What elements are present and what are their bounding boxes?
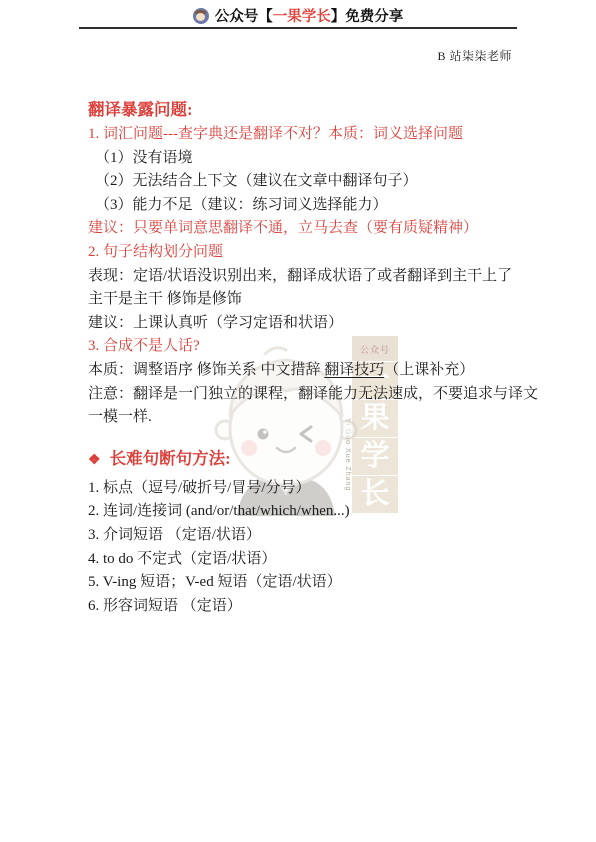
line-structure-symptom: 表现：定语/状语没识别出来，翻译成状语了或者翻译到主干上了	[88, 265, 528, 289]
section-translation-title: 翻译暴露问题:	[88, 97, 528, 123]
line-note-2: 一模一样.	[88, 406, 528, 430]
segmentation-item-2: 2. 连词/连接词 (and/or/that/which/when...)	[88, 500, 528, 524]
segmentation-title-text: 长难句断句方法:	[110, 449, 231, 468]
line-fluency-problem: 3. 合成不是人话?	[88, 335, 528, 359]
fluency-essence-suffix: （上课补充）	[384, 362, 474, 378]
header-divider	[79, 27, 517, 29]
document-body: 翻译暴露问题: 1. 词汇问题---查字典还是翻译不对？本质：词义选择问题 （1…	[88, 97, 528, 618]
header-suffix: 】免费分享	[331, 9, 404, 25]
author-label: B 站柒柒老师	[437, 47, 512, 64]
line-note-1: 注意：翻译是一门独立的课程，翻译能力无法速成，不要追求与译文	[88, 383, 528, 407]
line-subitem-2: （2）无法结合上下文（建议在文章中翻译句子）	[88, 170, 528, 194]
line-vocab-advice: 建议：只要单词意思翻译不通，立马去查（要有质疑精神）	[88, 217, 528, 241]
line-structure-problem: 2. 句子结构划分问题	[88, 241, 528, 265]
document-page: 公众号【一果学长】免费分享 B 站柒柒老师 公众号 一 果 学 长 Yi Guo…	[0, 0, 596, 842]
header-brand-name: 一果学长	[273, 9, 331, 25]
section-segmentation-title: ❖长难句断句方法:	[88, 445, 528, 475]
page-header: 公众号【一果学长】免费分享	[0, 5, 596, 26]
segmentation-item-6: 6. 形容词短语 （定语）	[88, 595, 528, 619]
line-structure-advice: 建议：上课认真听（学习定语和状语）	[88, 312, 528, 336]
brand-avatar-icon	[193, 8, 209, 24]
segmentation-item-1: 1. 标点（逗号/破折号/冒号/分号）	[88, 477, 528, 501]
line-subitem-1: （1）没有语境	[88, 147, 528, 171]
line-subitem-3: （3）能力不足（建议：练习词义选择能力）	[88, 194, 528, 218]
fluency-essence-underlined: 翻译技巧	[324, 362, 384, 378]
segmentation-item-4: 4. to do 不定式（定语/状语）	[88, 548, 528, 572]
header-prefix: 公众号【	[215, 9, 273, 25]
line-structure-rule: 主干是主干 修饰是修饰	[88, 288, 528, 312]
line-fluency-essence: 本质：调整语序 修饰关系 中文措辞 翻译技巧（上课补充）	[88, 359, 528, 383]
fluency-essence-prefix: 本质：调整语序 修饰关系 中文措辞	[88, 362, 324, 378]
segmentation-item-5: 5. V-ing 短语；V-ed 短语（定语/状语）	[88, 571, 528, 595]
diamond-bullet-icon: ❖	[88, 453, 101, 468]
header-title: 公众号【一果学长】免费分享	[215, 5, 404, 26]
segmentation-item-3: 3. 介词短语 （定语/状语）	[88, 524, 528, 548]
section-segmentation: ❖长难句断句方法: 1. 标点（逗号/破折号/冒号/分号） 2. 连词/连接词 …	[88, 445, 528, 619]
line-vocab-problem: 1. 词汇问题---查字典还是翻译不对？本质：词义选择问题	[88, 123, 528, 147]
